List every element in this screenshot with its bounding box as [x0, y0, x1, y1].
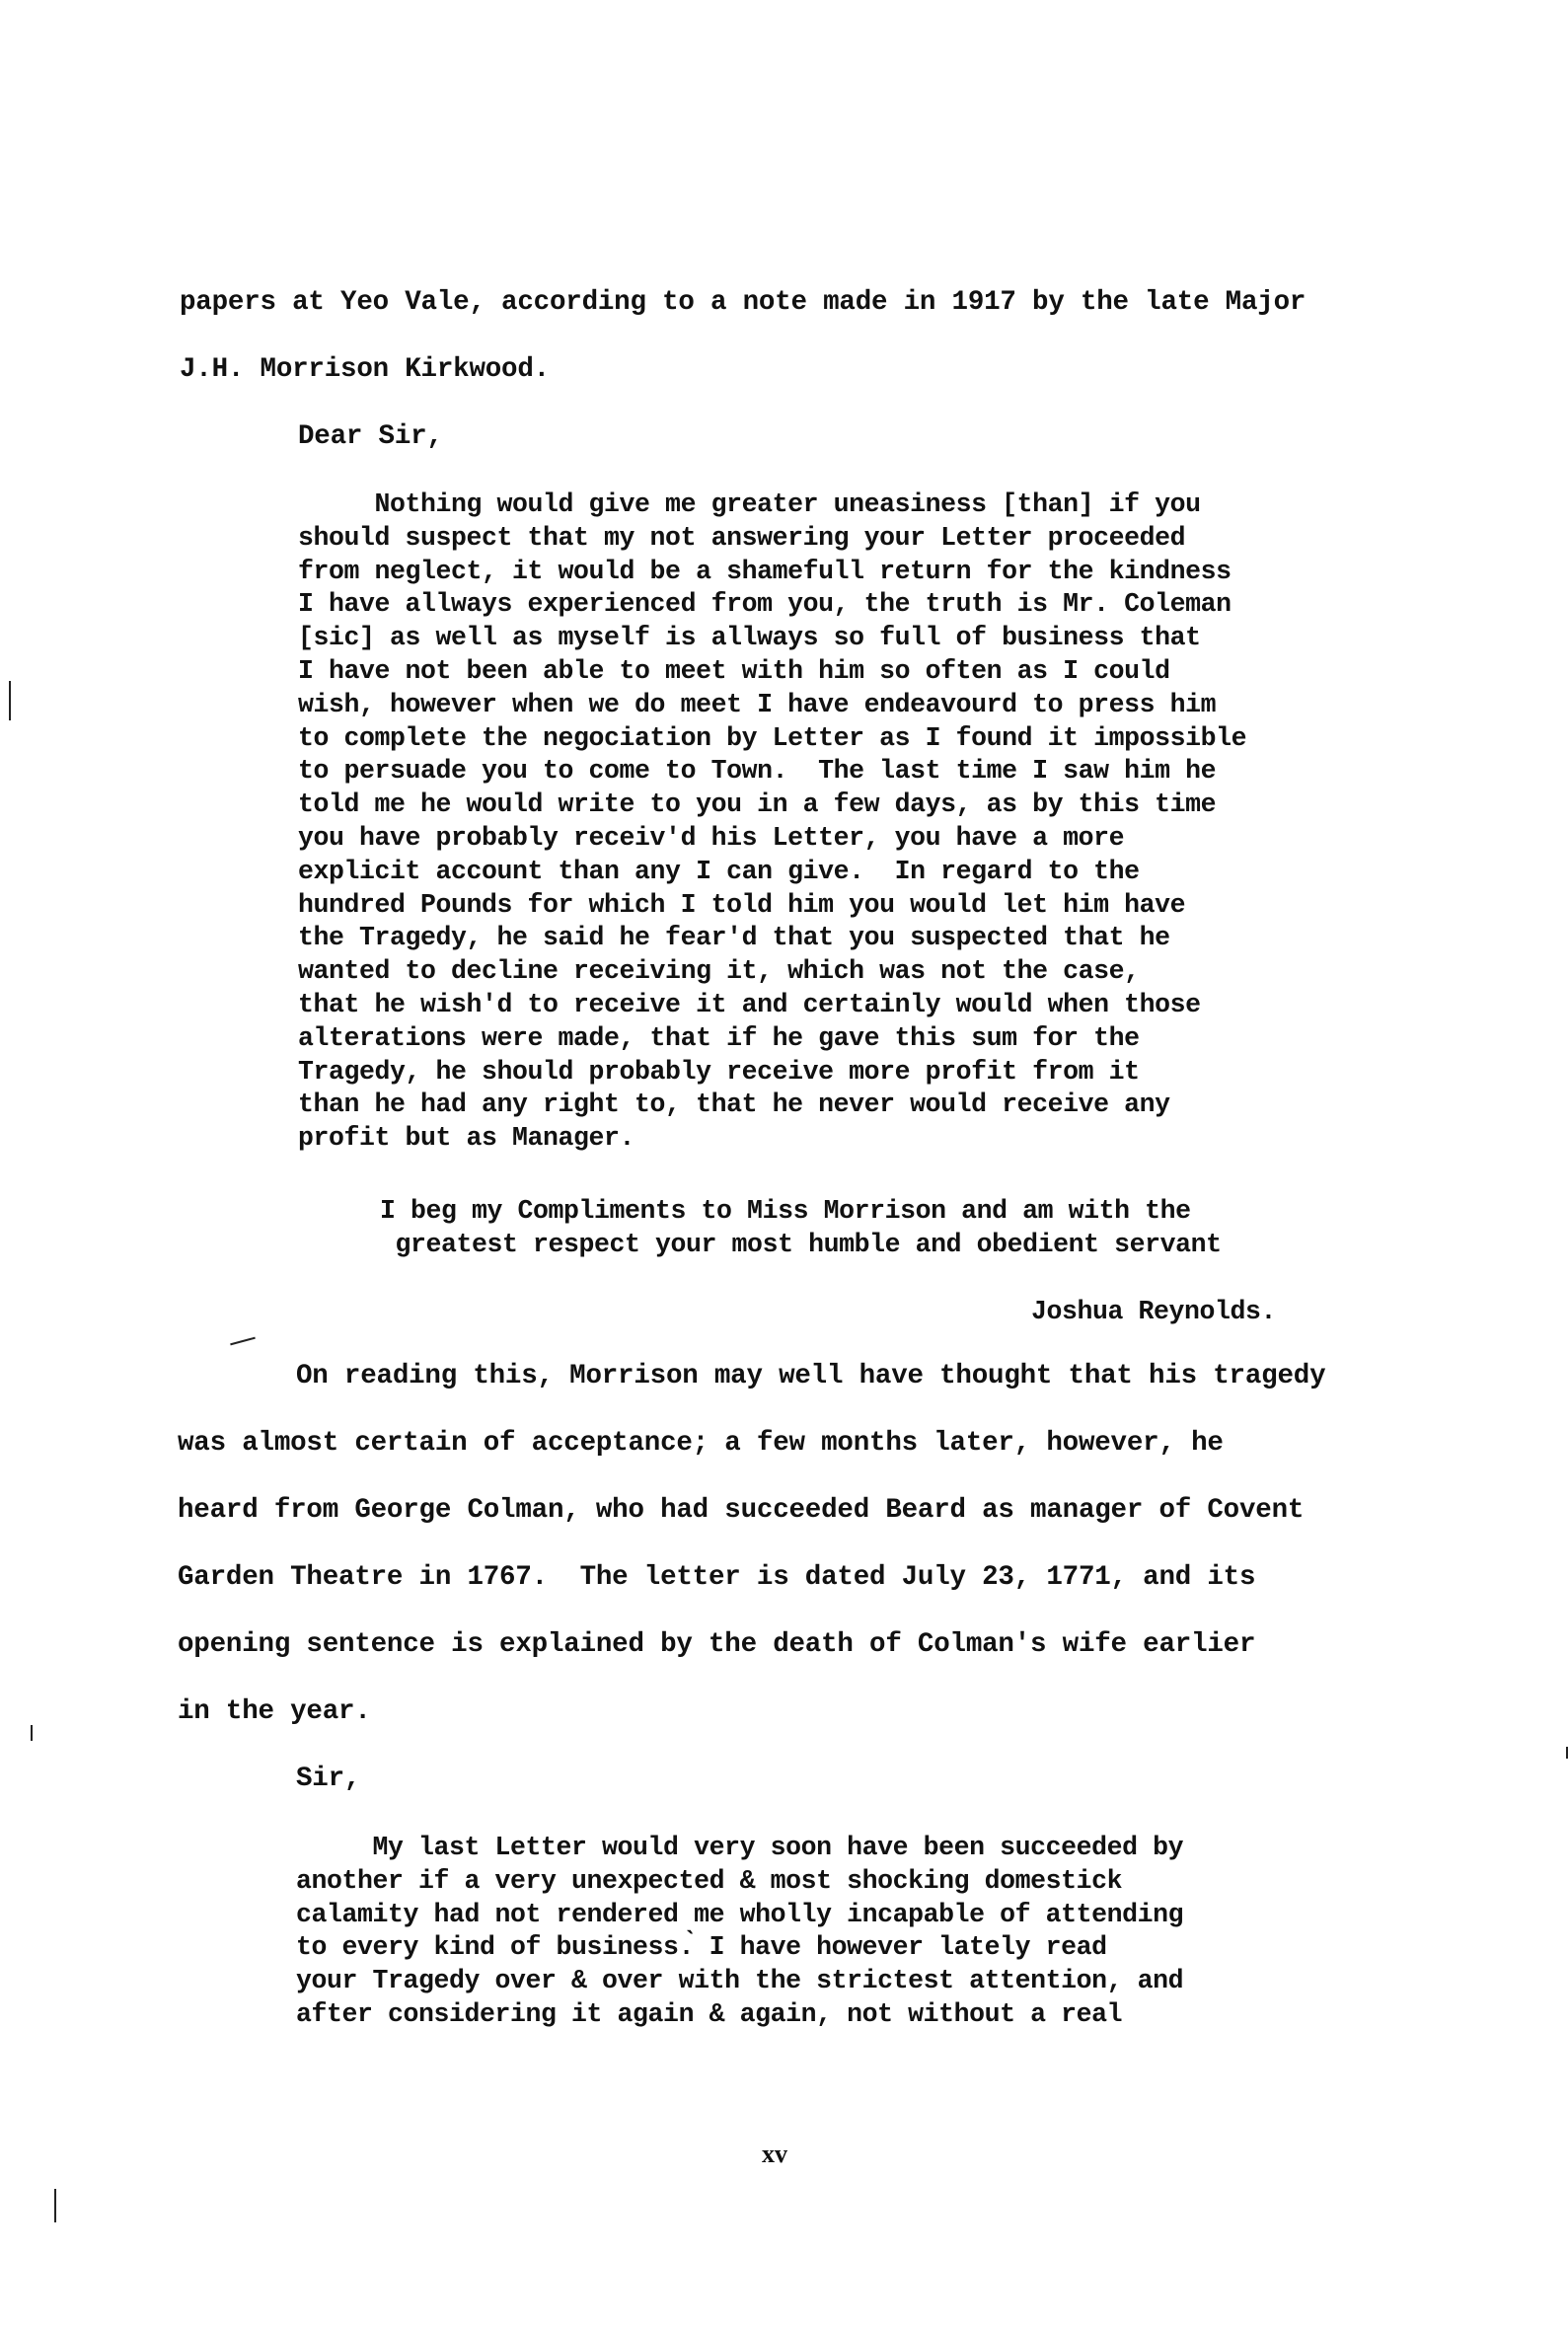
letter1-salutation: Dear Sir, [298, 420, 443, 454]
letter1-line: hundred Pounds for which I told him you … [298, 889, 1246, 923]
letter1-line: the Tragedy, he said he fear'd that you … [298, 922, 1246, 955]
letter1-signature: Joshua Reynolds. [1031, 1295, 1276, 1328]
letter1-body: Nothing would give me greater uneasiness… [298, 488, 1246, 1156]
letter2-line: calamity had not rendered me wholly inca… [296, 1899, 1183, 1932]
letter2-salutation: Sir, [296, 1763, 360, 1796]
letter1-closing-line: greatest respect your most humble and ob… [380, 1229, 1222, 1262]
letter2-body: My last Letter would very soon have been… [296, 1832, 1183, 2032]
narrative-line-1: On reading this, Morrison may well have … [296, 1360, 1325, 1393]
letter2-line: your Tragedy over & over with the strict… [296, 1965, 1183, 1998]
letter1-line: I have allways experienced from you, the… [298, 588, 1246, 622]
letter1-line: profit but as Manager. [298, 1122, 1246, 1156]
letter2-line: another if a very unexpected & most shoc… [296, 1865, 1183, 1899]
letter1-line: alterations were made, that if he gave t… [298, 1022, 1246, 1056]
letter2-line: My last Letter would very soon have been… [296, 1832, 1183, 1865]
letter1-line: wanted to decline receiving it, which wa… [298, 955, 1246, 989]
letter1-line: I have not been able to meet with him so… [298, 655, 1246, 689]
intro-line-1: papers at Yeo Vale, according to a note … [180, 286, 1306, 320]
letter1-line: [sic] as well as myself is allways so fu… [298, 622, 1246, 655]
letter1-line: Nothing would give me greater uneasiness… [298, 488, 1246, 522]
letter2-line: after considering it again & again, not … [296, 1998, 1183, 2032]
scan-mark [31, 1725, 33, 1741]
letter1-line: to persuade you to come to Town. The las… [298, 755, 1246, 789]
letter2-line: to every kind of business.̀ I have howev… [296, 1931, 1183, 1965]
page-number: xv [762, 2140, 787, 2169]
letter1-line: explicit account than any I can give. In… [298, 856, 1246, 889]
letter1-line: wish, however when we do meet I have end… [298, 689, 1246, 722]
letter1-closing: I beg my Compliments to Miss Morrison an… [380, 1195, 1222, 1262]
scan-mark [9, 681, 11, 720]
narrative-line-3: heard from George Colman, who had succee… [178, 1494, 1304, 1528]
intro-line-2: J.H. Morrison Kirkwood. [180, 353, 550, 387]
letter1-line: you have probably receiv'd his Letter, y… [298, 822, 1246, 856]
letter1-line: should suspect that my not answering you… [298, 522, 1246, 556]
scan-mark [54, 2189, 56, 2222]
document-page: papers at Yeo Vale, according to a note … [0, 0, 1568, 2329]
narrative-line-2: was almost certain of acceptance; a few … [178, 1427, 1224, 1461]
letter1-line: told me he would write to you in a few d… [298, 789, 1246, 822]
letter1-line: than he had any right to, that he never … [298, 1089, 1246, 1122]
letter1-closing-line: I beg my Compliments to Miss Morrison an… [380, 1195, 1222, 1229]
letter1-line: from neglect, it would be a shamefull re… [298, 556, 1246, 589]
letter1-line: that he wish'd to receive it and certain… [298, 989, 1246, 1022]
narrative-line-6: in the year. [178, 1695, 371, 1729]
letter1-line: to complete the negociation by Letter as… [298, 722, 1246, 756]
narrative-line-5: opening sentence is explained by the dea… [178, 1628, 1255, 1662]
narrative-line-4: Garden Theatre in 1767. The letter is da… [178, 1561, 1255, 1595]
scan-mark [230, 1337, 256, 1346]
letter1-line: Tragedy, he should probably receive more… [298, 1056, 1246, 1089]
